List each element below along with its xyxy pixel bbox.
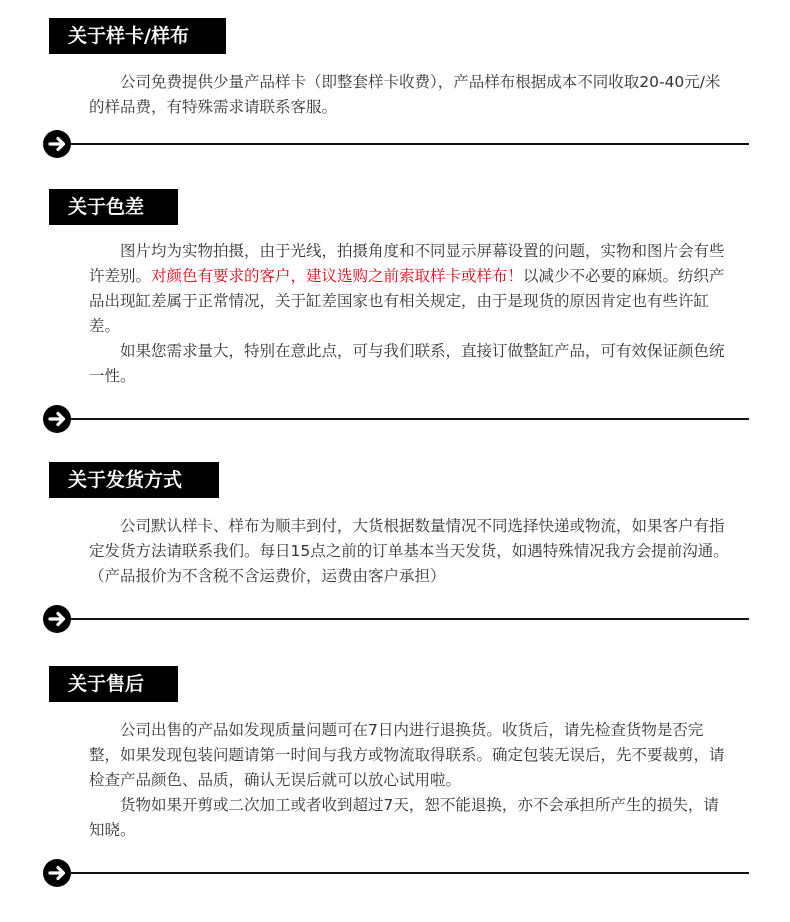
paragraph: 如果您需求量大，特别在意此点，可与我们联系，直接订做整缸产品，可有效保证颜色统一…: [89, 339, 729, 389]
section-title: 关于样卡/样布: [49, 18, 226, 54]
arrow-right-circle-icon: [43, 605, 71, 633]
divider-line: [70, 418, 749, 420]
paragraph: 公司出售的产品如发现质量问题可在7日内进行退换货。收货后，请先检查货物是否完整，…: [89, 718, 729, 793]
section-divider: [43, 405, 749, 435]
arrow-right-circle-icon: [43, 405, 71, 433]
section-divider: [43, 130, 749, 160]
section-divider: [43, 605, 749, 635]
section-divider: [43, 859, 749, 889]
arrow-right-circle-icon: [43, 130, 71, 158]
divider-line: [70, 872, 749, 874]
section-body: 公司出售的产品如发现质量问题可在7日内进行退换货。收货后，请先检查货物是否完整，…: [89, 718, 729, 843]
section-body: 公司免费提供少量产品样卡（即整套样卡收费），产品样布根据成本不同收取20-40元…: [89, 70, 729, 120]
section-body: 公司默认样卡、样布为顺丰到付，大货根据数量情况不同选择快递或物流，如果客户有指定…: [89, 514, 729, 589]
arrow-right-circle-icon: [43, 859, 71, 887]
paragraph: 公司免费提供少量产品样卡（即整套样卡收费），产品样布根据成本不同收取20-40元…: [89, 70, 729, 120]
section-title: 关于售后: [49, 666, 178, 702]
section-title: 关于色差: [49, 189, 178, 225]
paragraph: 公司默认样卡、样布为顺丰到付，大货根据数量情况不同选择快递或物流，如果客户有指定…: [89, 514, 729, 589]
paragraph: 图片均为实物拍摄，由于光线，拍摄角度和不同显示屏幕设置的问题，实物和图片会有些许…: [89, 239, 729, 339]
section-body: 图片均为实物拍摄，由于光线，拍摄角度和不同显示屏幕设置的问题，实物和图片会有些许…: [89, 239, 729, 389]
paragraph: 货物如果开剪或二次加工或者收到超过7天，恕不能退换，亦不会承担所产生的损失，请知…: [89, 793, 729, 843]
divider-line: [70, 143, 749, 145]
section-title: 关于发货方式: [49, 462, 219, 498]
highlight-text: 对颜色有要求的客户，建议选购之前索取样卡或样布！: [151, 267, 523, 285]
divider-line: [70, 618, 749, 620]
